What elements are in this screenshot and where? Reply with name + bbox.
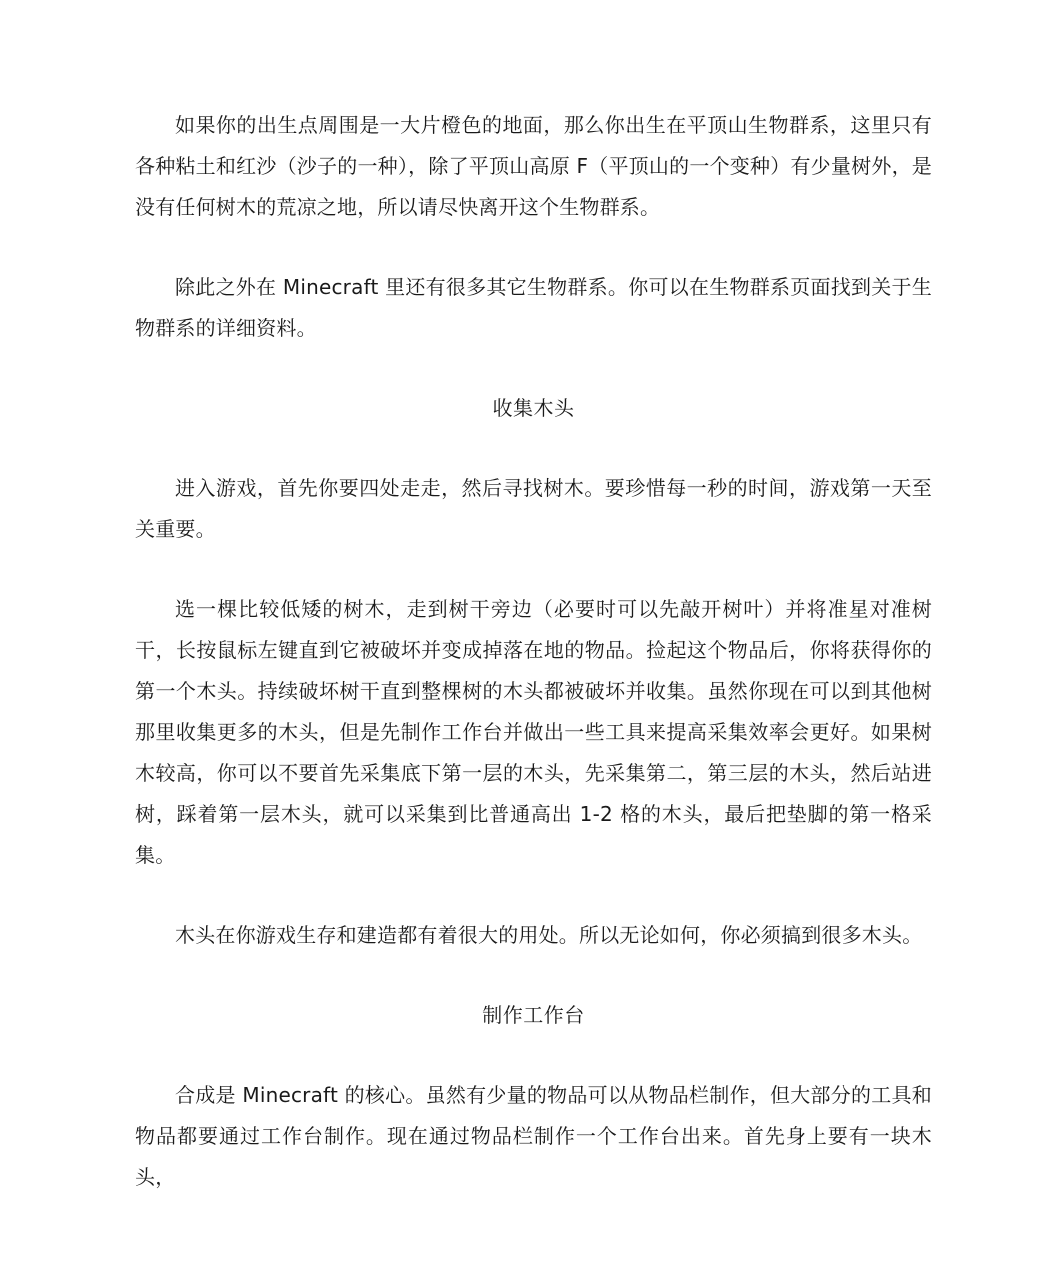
- paragraph-gap: [135, 550, 932, 589]
- paragraph-gap: [135, 956, 932, 995]
- paragraph-crafting-core: 合成是 Minecraft 的核心。虽然有少量的物品可以从物品栏制作，但大部分的…: [135, 1075, 932, 1198]
- paragraph-gap: [135, 1036, 932, 1075]
- paragraph-find-trees: 进入游戏，首先你要四处走走，然后寻找树木。要珍惜每一秒的时间，游戏第一天至关重要…: [135, 468, 932, 550]
- paragraph-other-biomes: 除此之外在 Minecraft 里还有很多其它生物群系。你可以在生物群系页面找到…: [135, 267, 932, 349]
- paragraph-wood-importance: 木头在你游戏生存和建造都有着很大的用处。所以无论如何，你必须搞到很多木头。: [135, 915, 932, 956]
- paragraph-gap: [135, 349, 932, 388]
- section-heading-collect-wood: 收集木头: [135, 388, 932, 429]
- paragraph-chop-tree: 选一棵比较低矮的树木，走到树干旁边（必要时可以先敲开树叶）并将准星对准树干，长按…: [135, 589, 932, 876]
- paragraph-gap: [135, 429, 932, 468]
- paragraph-gap: [135, 876, 932, 915]
- paragraph-gap: [135, 228, 932, 267]
- section-heading-crafting-table: 制作工作台: [135, 995, 932, 1036]
- document-page: 如果你的出生点周围是一大片橙色的地面，那么你出生在平顶山生物群系，这里只有各种粘…: [135, 105, 932, 1198]
- paragraph-mesa-biome: 如果你的出生点周围是一大片橙色的地面，那么你出生在平顶山生物群系，这里只有各种粘…: [135, 105, 932, 228]
